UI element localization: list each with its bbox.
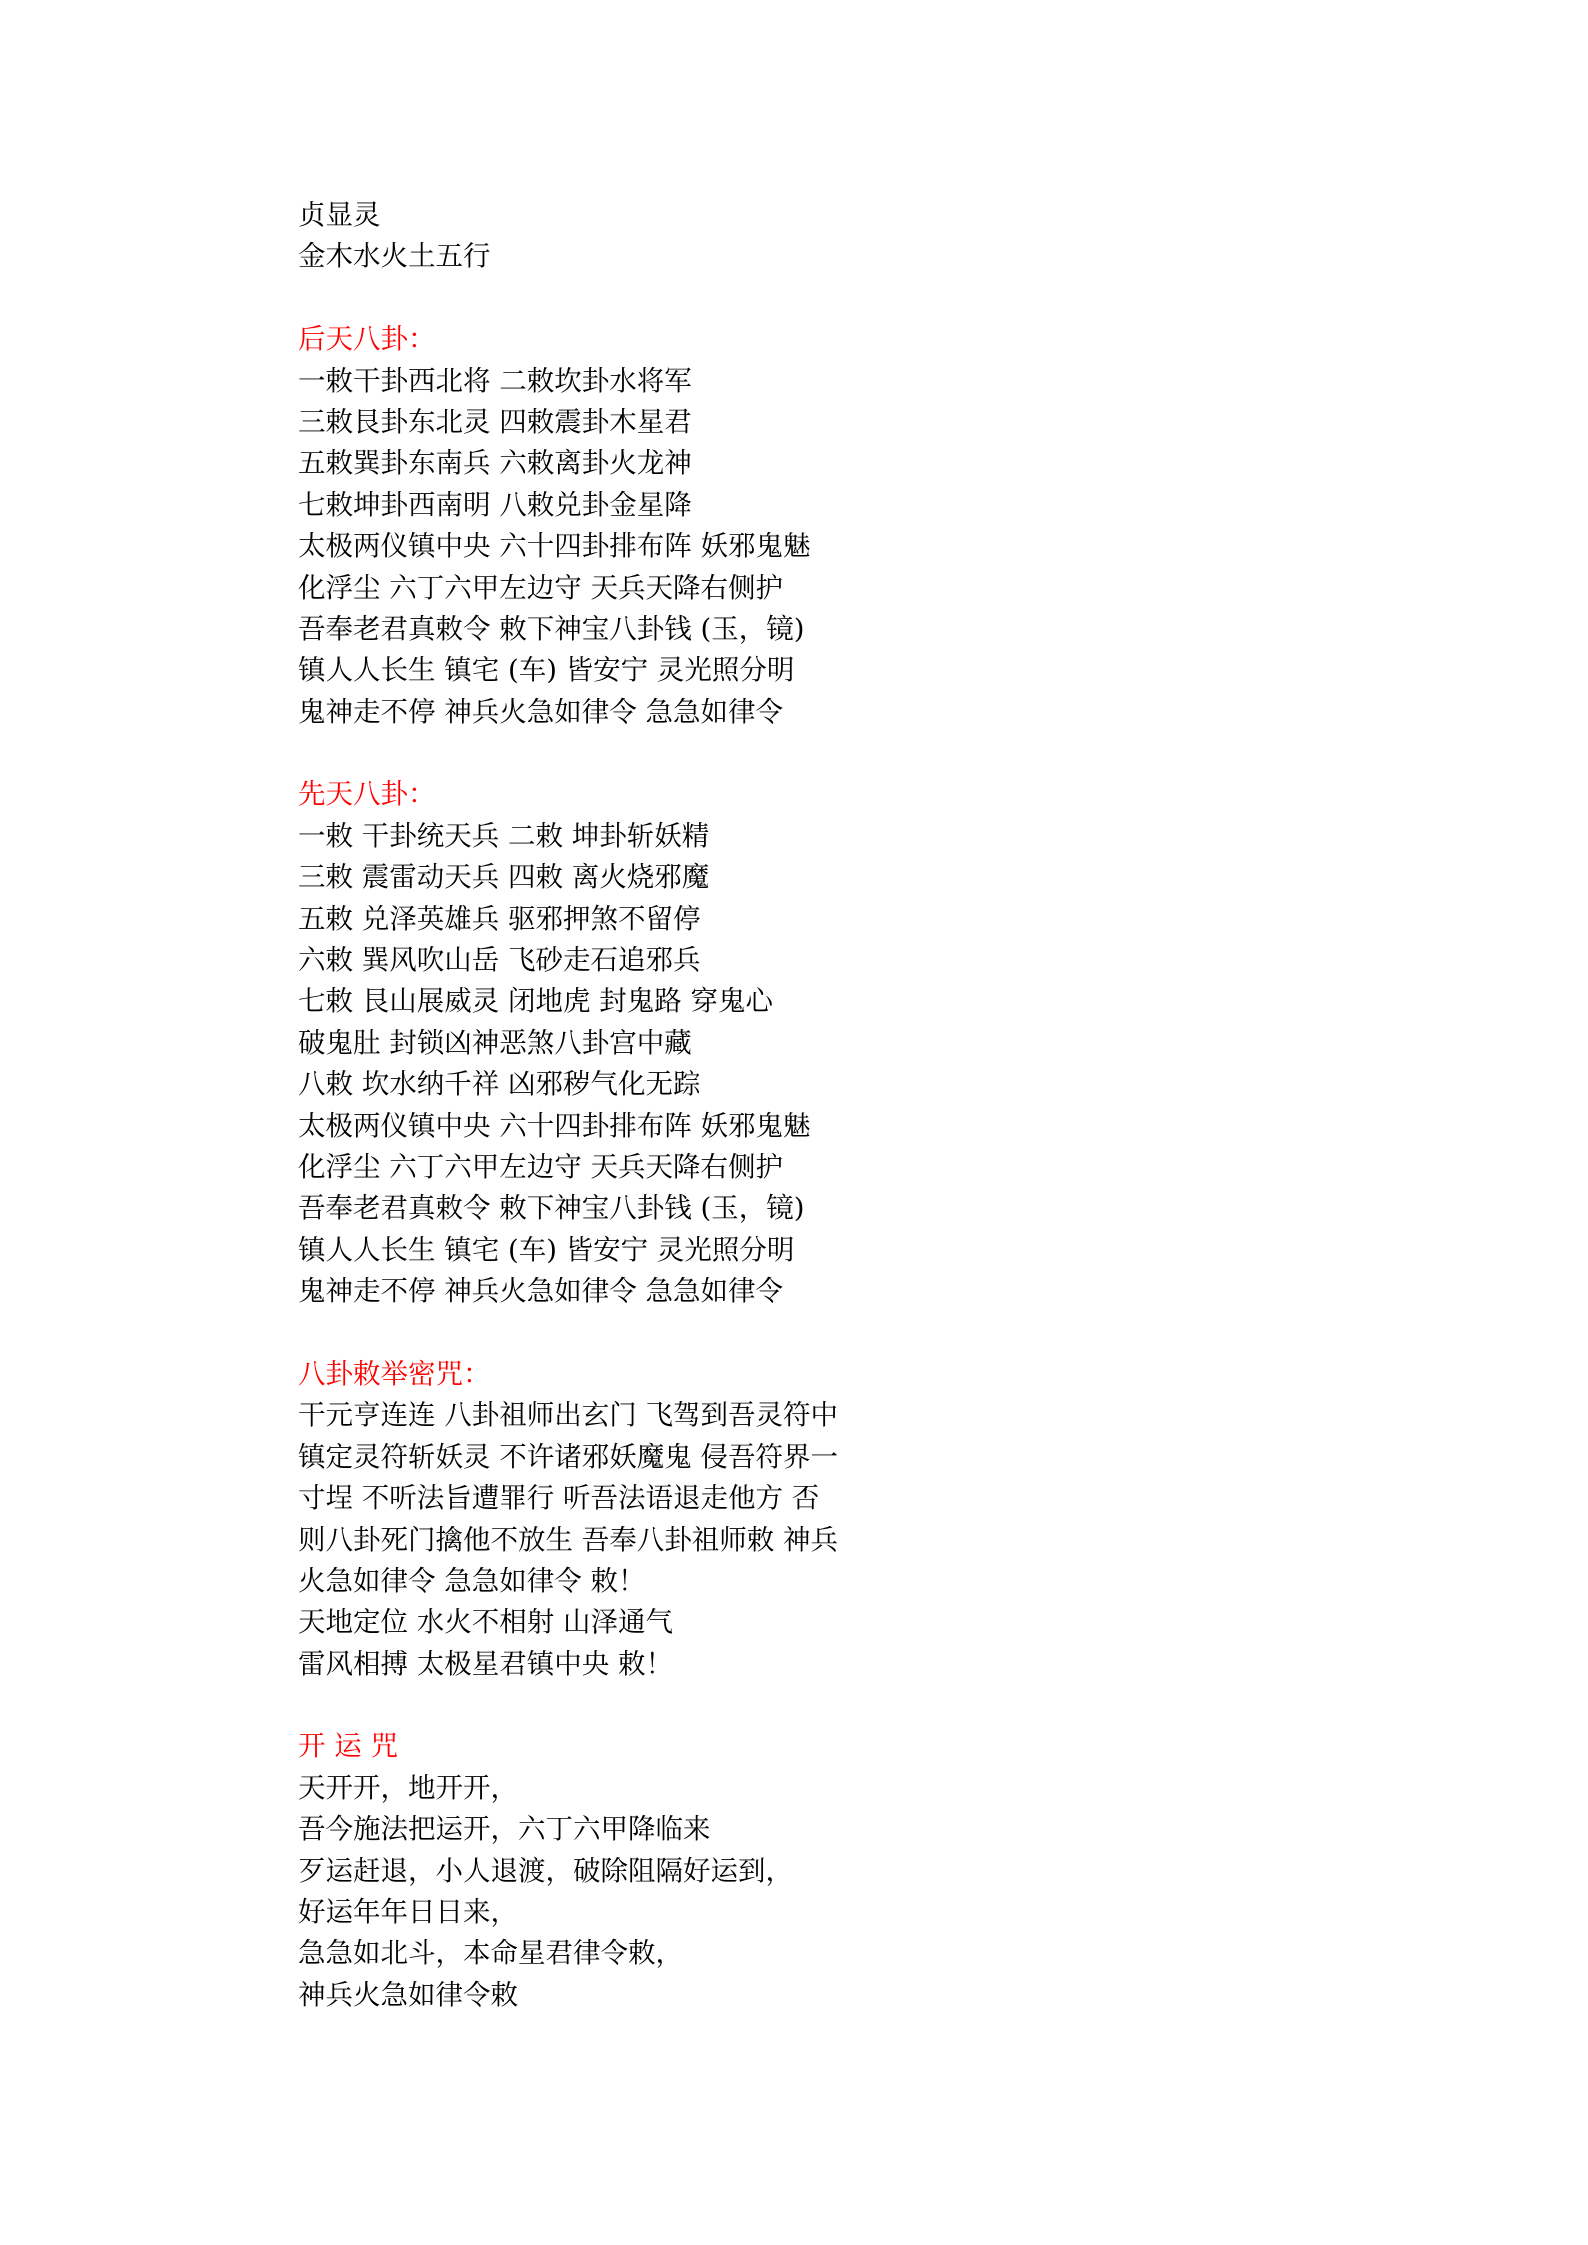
text-line: 神兵火急如律令敕 (298, 1975, 1298, 2016)
text-line: 镇人人长生 镇宅 (车) 皆安宁 灵光照分明 (298, 650, 1298, 691)
text-line: 化浮尘 六丁六甲左边守 天兵天降右侧护 (298, 1147, 1298, 1188)
text-line: 太极两仪镇中央 六十四卦排布阵 妖邪鬼魅 (298, 1106, 1298, 1147)
text-line: 三敕 震雷动天兵 四敕 离火烧邪魔 (298, 857, 1298, 898)
text-line: 天开开，地开开， (298, 1768, 1298, 1809)
text-line: 则八卦死门擒他不放生 吾奉八卦祖师敕 神兵 (298, 1520, 1298, 1561)
blank-line (298, 733, 1298, 774)
section-houtian-bagua: 后天八卦： 一敕干卦西北将 二敕坎卦水将军 三敕艮卦东北灵 四敕震卦木星君 五敕… (298, 319, 1298, 733)
blank-line (298, 1685, 1298, 1726)
text-line: 贞显灵 (298, 195, 1298, 236)
intro-block: 贞显灵 金木水火土五行 (298, 195, 1298, 278)
text-line: 镇人人长生 镇宅 (车) 皆安宁 灵光照分明 (298, 1230, 1298, 1271)
text-line: 五敕 兑泽英雄兵 驱邪押煞不留停 (298, 899, 1298, 940)
text-line: 天地定位 水火不相射 山泽通气 (298, 1602, 1298, 1643)
section-kaiyun-zhou: 开 运 咒 天开开，地开开， 吾今施法把运开，六丁六甲降临来 歹运赶退，小人退渡… (298, 1726, 1298, 2016)
text-line: 三敕艮卦东北灵 四敕震卦木星君 (298, 402, 1298, 443)
blank-line (298, 1313, 1298, 1354)
text-line: 太极两仪镇中央 六十四卦排布阵 妖邪鬼魅 (298, 526, 1298, 567)
text-line: 一敕干卦西北将 二敕坎卦水将军 (298, 361, 1298, 402)
text-line: 寸埕 不听法旨遭罪行 听吾法语退走他方 否 (298, 1478, 1298, 1519)
text-line: 七敕坤卦西南明 八敕兑卦金星降 (298, 485, 1298, 526)
section-xiantian-bagua: 先天八卦： 一敕 干卦统天兵 二敕 坤卦斩妖精 三敕 震雷动天兵 四敕 离火烧邪… (298, 774, 1298, 1312)
section-heading: 开 运 咒 (298, 1726, 1298, 1767)
text-line: 火急如律令 急急如律令 敕！ (298, 1561, 1298, 1602)
text-line: 雷风相搏 太极星君镇中央 敕！ (298, 1644, 1298, 1685)
text-line: 八敕 坎水纳千祥 凶邪秽气化无踪 (298, 1064, 1298, 1105)
section-bagua-miizhou: 八卦敕举密咒： 干元亨连连 八卦祖师出玄门 飞驾到吾灵符中 镇定灵符斩妖灵 不许… (298, 1354, 1298, 1685)
document-page: 贞显灵 金木水火土五行 后天八卦： 一敕干卦西北将 二敕坎卦水将军 三敕艮卦东北… (298, 195, 1298, 2016)
blank-line (298, 278, 1298, 319)
text-line: 好运年年日日来， (298, 1892, 1298, 1933)
text-line: 歹运赶退，小人退渡，破除阻隔好运到， (298, 1851, 1298, 1892)
section-heading: 先天八卦： (298, 774, 1298, 815)
section-heading: 后天八卦： (298, 319, 1298, 360)
text-line: 吾奉老君真敕令 敕下神宝八卦钱 (玉，镜) (298, 609, 1298, 650)
text-line: 破鬼肚 封锁凶神恶煞八卦宫中藏 (298, 1023, 1298, 1064)
text-line: 吾奉老君真敕令 敕下神宝八卦钱 (玉，镜) (298, 1188, 1298, 1229)
text-line: 鬼神走不停 神兵火急如律令 急急如律令 (298, 692, 1298, 733)
section-heading: 八卦敕举密咒： (298, 1354, 1298, 1395)
text-line: 鬼神走不停 神兵火急如律令 急急如律令 (298, 1271, 1298, 1312)
text-line: 五敕巽卦东南兵 六敕离卦火龙神 (298, 443, 1298, 484)
text-line: 急急如北斗，本命星君律令敕， (298, 1933, 1298, 1974)
text-line: 镇定灵符斩妖灵 不许诸邪妖魔鬼 侵吾符界一 (298, 1437, 1298, 1478)
text-line: 一敕 干卦统天兵 二敕 坤卦斩妖精 (298, 816, 1298, 857)
text-line: 吾今施法把运开，六丁六甲降临来 (298, 1809, 1298, 1850)
text-line: 七敕 艮山展威灵 闭地虎 封鬼路 穿鬼心 (298, 981, 1298, 1022)
text-line: 金木水火土五行 (298, 236, 1298, 277)
text-line: 干元亨连连 八卦祖师出玄门 飞驾到吾灵符中 (298, 1395, 1298, 1436)
text-line: 化浮尘 六丁六甲左边守 天兵天降右侧护 (298, 568, 1298, 609)
text-line: 六敕 巽风吹山岳 飞砂走石追邪兵 (298, 940, 1298, 981)
